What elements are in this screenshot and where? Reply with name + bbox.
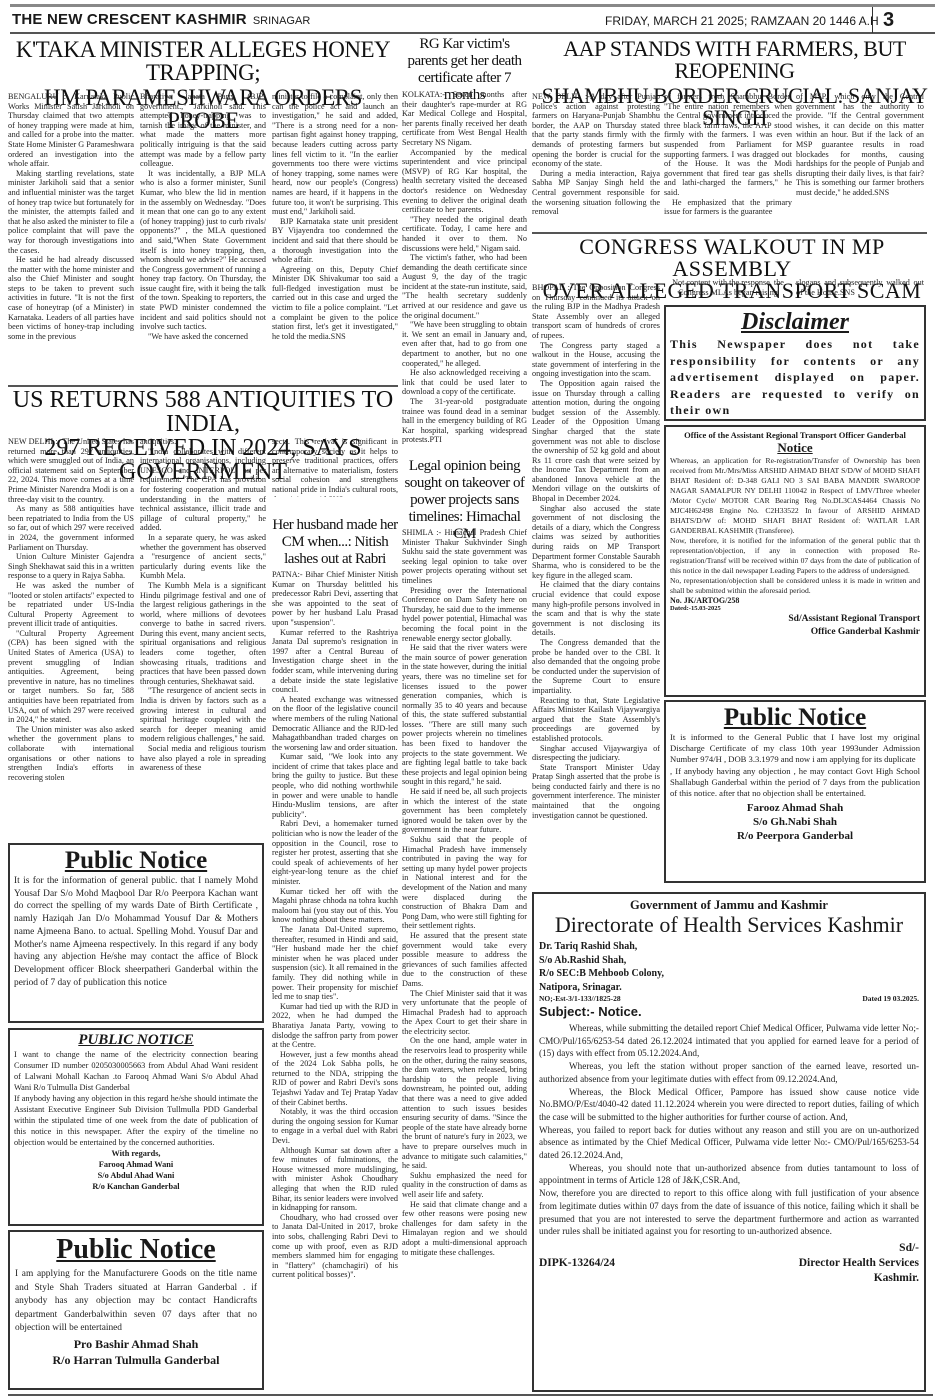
- paragraph: The Chief Minister said that it was very…: [402, 989, 527, 1037]
- aap-col-3: of MSP, which only the Central governmen…: [796, 92, 924, 232]
- dhs-p3: Whereas, the Block Medical Officer, Pamp…: [539, 1086, 919, 1124]
- paragraph: Kumar referred to the Rashtriya Janata D…: [272, 628, 398, 695]
- public-notice-electricity-sign-3: S/o Abdul Ahad Wani: [14, 1170, 258, 1181]
- paragraph: He also acknowledged receiving a link th…: [402, 368, 527, 397]
- paragraph: antiquities.: [140, 437, 266, 447]
- artog-sign-2: Office Ganderbal Kashmir: [670, 626, 920, 639]
- paragraph: "Cultural Property Agreement (CPA) has b…: [8, 629, 134, 725]
- antiquities-col-1: NEW DELHI :- The United States has retur…: [8, 437, 134, 837]
- rgkar-body: KOLKATA:- Seven months after their daugh…: [402, 90, 527, 455]
- ktaka-col-3: minister to file a complaint, only then …: [272, 92, 398, 382]
- dhs-subject: Subject:- Notice.: [539, 1004, 919, 1019]
- paragraph: State Transport Minister Uday Pratap Sin…: [532, 763, 660, 821]
- paragraph: Making startling revelations, state mini…: [8, 169, 134, 255]
- paragraph: As many as 588 antiquities have been rep…: [8, 504, 134, 552]
- dhs-dated: Dated 19 03.2025.: [862, 994, 919, 1003]
- nitish-body: PATNA:- Bihar Chief Minister Nitish Kuma…: [272, 570, 398, 1392]
- dhs-p1: Whereas, while submitting the detailed r…: [539, 1022, 919, 1060]
- paragraph: Bharatiya Janata Party (BJP) government.…: [140, 92, 266, 169]
- masthead: THE NEW CRESCENT KASHMIR SRINAGAR FRIDAY…: [10, 4, 935, 34]
- paragraph: NEW DELHI :- The United States has retur…: [8, 437, 134, 504]
- artog-office: Office of the Assistant Regional Transpo…: [670, 430, 920, 440]
- paragraph: "We have asked the concerned: [140, 332, 266, 342]
- dhs-dipk: DIPK-13264/24: [539, 1256, 615, 1271]
- dhs-p2: Whereas, you left the station without pr…: [539, 1060, 919, 1085]
- artog-ref-no: No. JK/ARTOG/258: [670, 596, 920, 605]
- congress-col-3: slogans and subsequently walked out of t…: [796, 278, 924, 302]
- paragraph: Union Culture Minister Gajendra Singh Sh…: [8, 552, 134, 581]
- dhs-p5: Whereas, you should note that un-authori…: [539, 1162, 919, 1187]
- aap-col-1: NEW DELHI :-A day after Punjab Police's …: [532, 92, 660, 232]
- paragraph: However, just a few months ahead of the …: [272, 1050, 398, 1108]
- artog-notice-para1: Whereas, an application for Re-registrat…: [670, 456, 920, 536]
- public-notice-yousaf-box: Public Notice It is for the information …: [8, 843, 264, 1023]
- aap-col-2: of farmers from Shambhu Border. "The ent…: [664, 92, 792, 232]
- antiquities-headline-line1: US RETURNS 588 ANTIQUITIES TO INDIA,: [8, 388, 398, 436]
- antiquities-col-3: sects. This revival is significant in co…: [272, 437, 398, 497]
- disclaimer-title: Disclaimer: [670, 309, 920, 336]
- public-notice-shah-traders-text: I am applying for the Manufacturere Good…: [15, 1268, 257, 1336]
- paragraph: Agreeing on this, Deputy Chief Minister …: [272, 265, 398, 342]
- public-notice-electricity-sign-1: With regards,: [14, 1148, 258, 1159]
- paragraph: Singhar accused Vijaywargiya of disrespe…: [532, 744, 660, 763]
- paragraph: "We have been struggling to obtain it. W…: [402, 320, 527, 368]
- public-notice-electricity-sign-2: Farooq Ahmad Wani: [14, 1159, 258, 1170]
- public-notice-electricity-text: I want to change the name of the electri…: [14, 1049, 258, 1148]
- paragraph: Kumar had tied up with the RJD in 2022, …: [272, 1002, 398, 1050]
- paragraph: The 31-year-old postgraduate trainee was…: [402, 397, 527, 445]
- paragraph: He said that climate change and a few ot…: [402, 1200, 527, 1258]
- paragraph: SHIMLA :- Himachal Pradesh Chief Ministe…: [402, 528, 527, 586]
- dhs-addr-4: Natipora, Srinagar.: [539, 981, 919, 995]
- artog-notice-box: Office of the Assistant Regional Transpo…: [664, 425, 926, 697]
- public-notice-electricity-sign-4: R/o Kanchan Ganderbal: [14, 1181, 258, 1192]
- issue-date: FRIDAY, MARCH 21 2025; RAMZAAN 20 1446 A…: [605, 14, 879, 28]
- disclaimer-text: This Newspaper does not take responsibil…: [670, 336, 920, 419]
- paragraph: The Opposition again raised the issue on…: [532, 379, 660, 504]
- public-notice-electricity-title: PUBLIC NOTICE: [14, 1032, 258, 1049]
- paragraph: BHOPAL :-The Opposition Congress on Thur…: [532, 283, 660, 341]
- paragraph: Sukhu said that the people of Himachal P…: [402, 835, 527, 931]
- public-notice-farooz-box: Public Notice It is informed to the Gene…: [664, 700, 926, 883]
- nitish-headline: Her husband made her CM when...: Nitish …: [272, 517, 398, 568]
- paragraph: The Congress demanded that the probe be …: [532, 638, 660, 696]
- artog-notice-para3: No, representation/objection shall be co…: [670, 576, 920, 596]
- aap-headline-line1: AAP STANDS WITH FARMERS, BUT REOPENING: [532, 38, 937, 82]
- paragraph: He emphasized that the primary issue for…: [664, 198, 792, 217]
- paragraph: "The resurgence of ancient sects in Indi…: [140, 686, 266, 744]
- dhs-sd: Sd/-: [539, 1241, 919, 1256]
- public-notice-shah-traders-box: Public Notice I am applying for the Manu…: [8, 1230, 264, 1390]
- paragraph: He said that the river waters were the m…: [402, 643, 527, 787]
- dhs-ref-row: NO;-Est-3/1-133//1825-28 Dated 19 03.202…: [539, 994, 919, 1003]
- paragraph: The victim's father, who had been demand…: [402, 253, 527, 320]
- congress-col-1: BHOPAL :-The Opposition Congress on Thur…: [532, 283, 660, 883]
- congress-headline-line1: CONGRESS WALKOUT IN MP ASSEMBLY: [532, 236, 932, 280]
- ktaka-col-2: Bharatiya Janata Party (BJP) government.…: [140, 92, 266, 382]
- ktaka-col-1: BENGALURU :- Karnataka Public Works Mini…: [8, 92, 134, 382]
- dhs-sign-row: DIPK-13264/24 Director Health Services: [539, 1256, 919, 1271]
- paragraph: The Janata Dal-United supremo, thereafte…: [272, 925, 398, 1002]
- newspaper-city: SRINAGAR: [253, 15, 310, 27]
- paragraph: "India collaborates with different inter…: [140, 447, 266, 533]
- paragraph: He assured that the present state govern…: [402, 931, 527, 989]
- paragraph: The Congress party staged a walkout in t…: [532, 341, 660, 379]
- artog-notice-title: Notice: [670, 440, 920, 456]
- public-notice-farooz-title: Public Notice: [670, 704, 920, 732]
- public-notice-shah-traders-sign-2: R/o Harran Tulmulla Ganderbal: [15, 1352, 257, 1368]
- dhs-sign-2: Kashmir.: [539, 1271, 919, 1286]
- paragraph: Reacting to that, State Legislative Affa…: [532, 696, 660, 744]
- artog-sign-1: Sd/Assistant Regional Transport: [670, 613, 920, 626]
- paragraph: of farmers from Shambhu Border. "The ent…: [664, 92, 792, 198]
- paragraph: He was asked the number of "looted or st…: [8, 581, 134, 629]
- paragraph: NEW DELHI :-A day after Punjab Police's …: [532, 92, 660, 169]
- paragraph: Presiding over the International Confere…: [402, 586, 527, 644]
- paragraph: Singhar also accused the state governmen…: [532, 504, 660, 581]
- paragraph: The Kumbh Mela is a significant Hindu pi…: [140, 581, 266, 687]
- paragraph: On the one hand, ample water in the rese…: [402, 1036, 527, 1170]
- paragraph: Notably, it was the third occasion durin…: [272, 1107, 398, 1145]
- public-notice-yousaf-text: It is for the information of general pub…: [14, 875, 258, 989]
- public-notice-shah-traders-title: Public Notice: [15, 1234, 257, 1266]
- dhs-notice-box: Government of Jammu and Kashmir Director…: [532, 892, 926, 1392]
- paragraph: "They needed the original death certific…: [402, 215, 527, 253]
- paragraph: He claimed that the diary contains cruci…: [532, 580, 660, 638]
- public-notice-farooz-sign-2: S/o Gh.Nabi Shah: [670, 815, 920, 829]
- paragraph: He said if need be, all such projects in…: [402, 787, 527, 835]
- dhs-gov: Government of Jammu and Kashmir: [539, 898, 919, 913]
- disclaimer-box: Disclaimer This Newspaper does not take …: [664, 305, 926, 421]
- newspaper-title: THE NEW CRESCENT KASHMIR: [12, 11, 247, 28]
- page-number: 3: [872, 7, 894, 33]
- paragraph: Choudhary, who had crossed over to Janat…: [272, 1213, 398, 1280]
- dhs-addr-3: R/o SEC:B Mehboob Colony,: [539, 967, 919, 981]
- artog-notice-para2: Now, therefore, it is notified for the i…: [670, 536, 920, 576]
- dhs-ref-no: NO;-Est-3/1-133//1825-28: [539, 994, 621, 1003]
- paragraph: minister to file a complaint, only then …: [272, 92, 398, 217]
- paragraph: He said he had already discussed the mat…: [8, 255, 134, 341]
- public-notice-shah-traders-sign-1: Pro Bashir Ahmad Shah: [15, 1336, 257, 1352]
- dhs-dept: Directorate of Health Services Kashmir: [539, 913, 919, 937]
- paragraph: KOLKATA:- Seven months after their daugh…: [402, 90, 527, 148]
- paragraph: BENGALURU :- Karnataka Public Works Mini…: [8, 92, 134, 169]
- ktaka-headline-line1: K'TAKA MINISTER ALLEGES HONEY TRAPPING;: [8, 38, 398, 84]
- paragraph: It was incidentally, a BJP MLA who is al…: [140, 169, 266, 332]
- paragraph: The Union minister was also asked whethe…: [8, 725, 134, 783]
- paragraph: Social media and religious tourism have …: [140, 744, 266, 773]
- artog-dated: Dated:-15.03-2025: [670, 605, 920, 612]
- public-notice-electricity-box: PUBLIC NOTICE I want to change the name …: [8, 1028, 264, 1226]
- public-notice-farooz-text: It is informed to the General Public tha…: [670, 732, 920, 799]
- dhs-p6: Now, therefore you are directed to repor…: [539, 1187, 919, 1238]
- paragraph: In a separate query, he was asked whethe…: [140, 533, 266, 581]
- paragraph: Kumar ticked her off with the Magahi phr…: [272, 887, 398, 925]
- paragraph: Sukhu emphasized the need for quality in…: [402, 1171, 527, 1200]
- paragraph: During a media interaction, Rajya Sabha …: [532, 169, 660, 217]
- paragraph: Kumar said, "We look into any incident o…: [272, 752, 398, 819]
- dhs-addr-2: S/o Ab.Rashid Shah,: [539, 954, 919, 968]
- congress-col-2: Not content with the response, the Congr…: [664, 278, 792, 302]
- footer-rule: [8, 1394, 933, 1396]
- himachal-body: SHIMLA :- Himachal Pradesh Chief Ministe…: [402, 528, 527, 1390]
- public-notice-farooz-sign-1: Farooz Ahmad Shah: [670, 801, 920, 815]
- dhs-p4: Whereas, you failed to report back for d…: [539, 1124, 919, 1162]
- paragraph: Rabri Devi, a homemaker turned politicia…: [272, 819, 398, 886]
- paragraph: BJP Karnataka state unit president BY Vi…: [272, 217, 398, 265]
- dhs-addr-1: Dr. Tariq Rashid Shah,: [539, 940, 919, 954]
- public-notice-farooz-sign-3: R/o Peerpora Ganderbal: [670, 829, 920, 843]
- paragraph: Accompanied by the medical superintenden…: [402, 148, 527, 215]
- dhs-sign-1: Director Health Services: [799, 1256, 919, 1271]
- paragraph: A heated exchange was witnessed on the f…: [272, 695, 398, 753]
- paragraph: PATNA:- Bihar Chief Minister Nitish Kuma…: [272, 570, 398, 628]
- paragraph: Although Kumar sat down after a few minu…: [272, 1146, 398, 1213]
- public-notice-yousaf-title: Public Notice: [14, 847, 258, 875]
- antiquities-col-2: antiquities."India collaborates with dif…: [140, 437, 266, 837]
